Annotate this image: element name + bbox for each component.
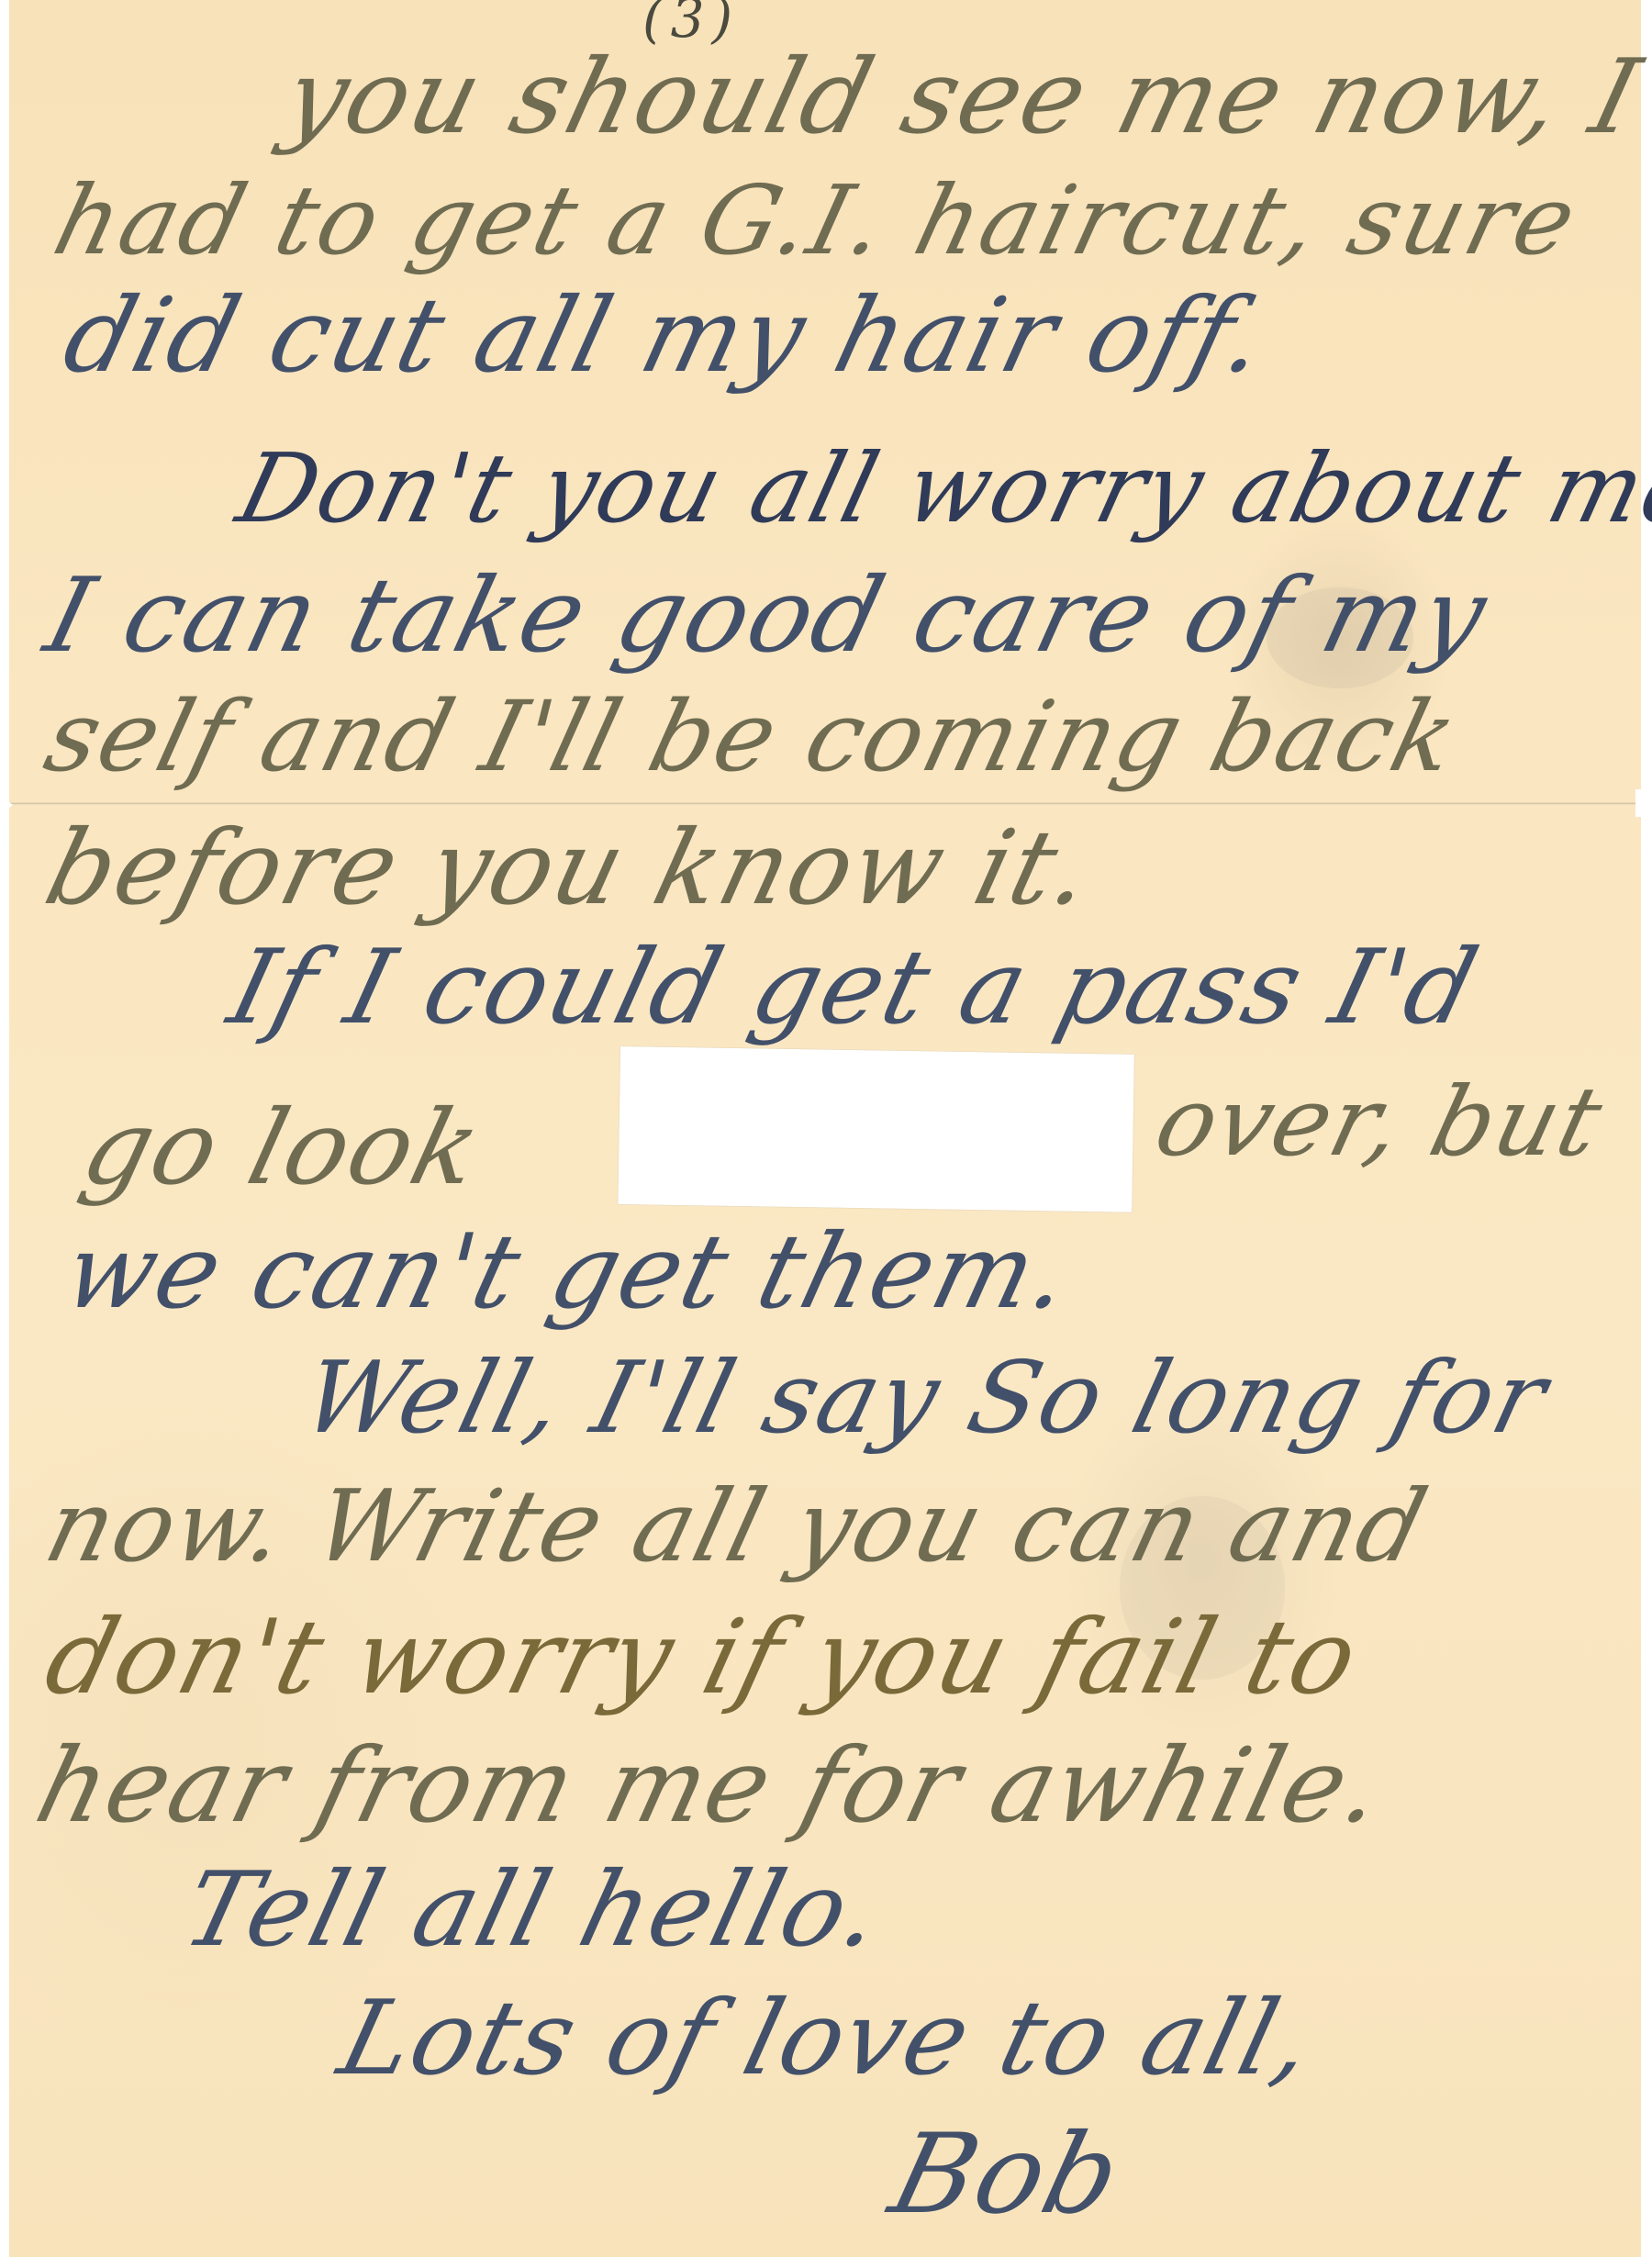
letter-line-6: self and I'll be coming back xyxy=(37,688,1467,786)
letter-line-11: Well, I'll say So long for xyxy=(294,1349,1557,1448)
letter-line-14: hear from me for awhile. xyxy=(28,1735,1394,1838)
letter-line-3: did cut all my hair off. xyxy=(55,285,1277,387)
letter-line-12: now. Write all you can and xyxy=(37,1478,1436,1577)
letter-line-8: If I could get a pass I'd xyxy=(220,936,1488,1039)
letter-line-5: I can take good care of my xyxy=(37,564,1497,667)
letter-closing: Lots of love to all, xyxy=(330,1987,1324,2090)
letter-line-2: had to get a G.I. haircut, sure xyxy=(46,173,1587,268)
letter-line-9-end: over, but xyxy=(1147,1074,1613,1169)
letter-line-13: don't worry if you fail to xyxy=(37,1606,1368,1709)
letter-line-9-start: go look xyxy=(73,1097,491,1200)
paper-fold-line xyxy=(9,802,1641,805)
letter-line-4: Don't you all worry about me xyxy=(229,441,1652,536)
letter-line-10: we can't get them. xyxy=(55,1221,1082,1324)
letter-line-1: you should see me now, I xyxy=(275,46,1650,149)
letter-line-15: Tell all hello. xyxy=(174,1859,893,1961)
signature: Bob xyxy=(881,2120,1132,2230)
letter-line-7: before you know it. xyxy=(37,817,1103,920)
fold-notch-right xyxy=(1635,789,1652,817)
censored-cutout xyxy=(618,1046,1134,1212)
